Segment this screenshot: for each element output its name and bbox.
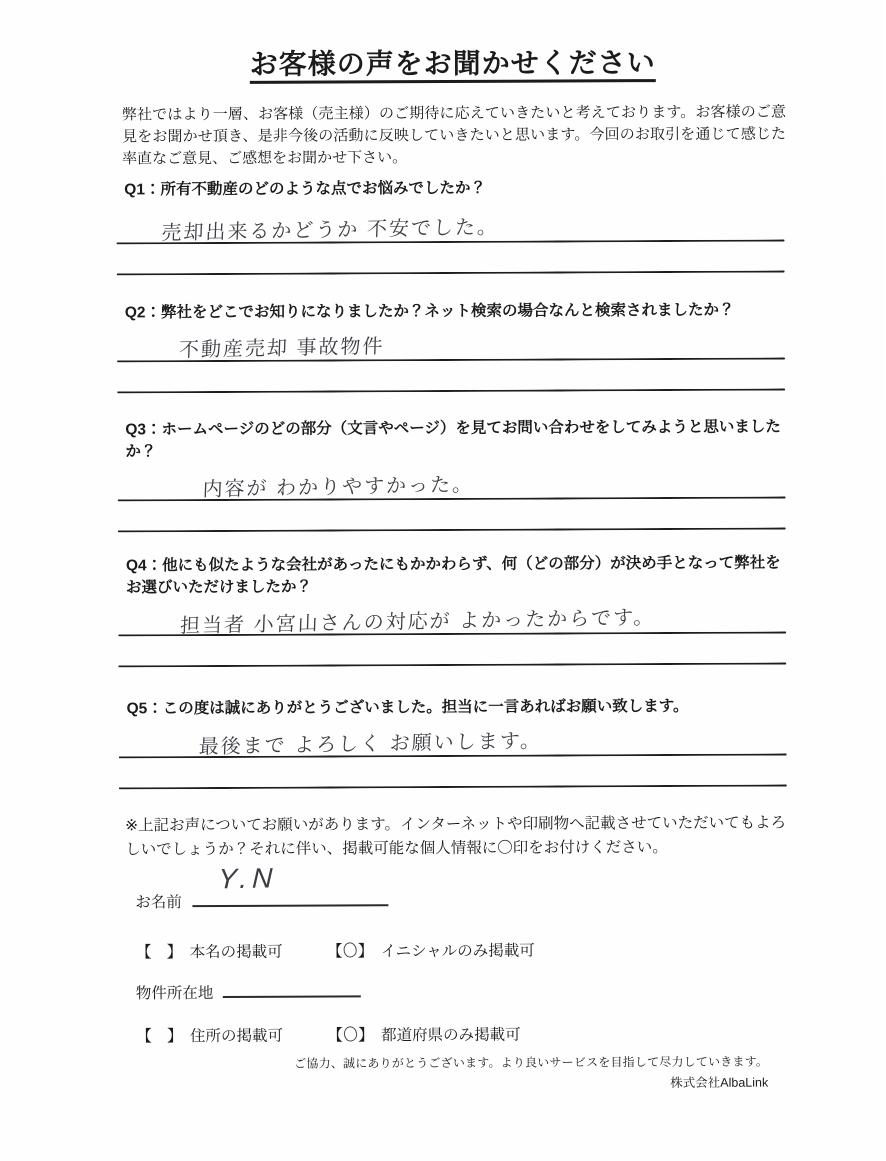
option-label: 住所の掲載可	[190, 1023, 283, 1045]
circle-mark-icon	[152, 942, 167, 960]
name-field-row: お名前Y.N	[135, 888, 388, 912]
circle-mark-icon	[343, 941, 358, 959]
question-block-q2: Q2：弊社をどこでお知りになりましたか？ネット検索の場合なんと検索されましたか？…	[117, 300, 785, 325]
option-label: 都道府県のみ掲載可	[381, 1022, 521, 1045]
handwritten-answer-q3: 内容が わかりやすかった。	[202, 468, 475, 502]
form-title: お客様の声をお聞かせください	[10, 40, 886, 84]
name-publication-options: 【 】 本名の掲載可 【 】 イニシャルのみ掲載可	[136, 938, 535, 963]
answer-line	[117, 271, 785, 276]
name-underline: Y.N	[192, 888, 388, 907]
question-q1-label: Q1：所有不動産のどのような点でお悩みでしたか？	[116, 177, 784, 202]
option-label: イニシャルのみ掲載可	[381, 938, 535, 961]
handwritten-answer-q2: 不動産売却 事故物件	[178, 330, 385, 363]
hand-drawn-circle	[342, 941, 357, 958]
option-prefecture-only-ok: 【 】 都道府県のみ掲載可	[327, 1022, 521, 1046]
answer-line	[118, 528, 786, 533]
name-label: お名前	[135, 894, 182, 911]
property-location-row: 物件所在地	[136, 980, 361, 1003]
property-underline	[222, 981, 360, 998]
footer-company-name: 株式会社AlbaLink	[294, 1073, 768, 1093]
footer: ご協力、誠にありがとうございます。より良いサービスを目指して尽力していきます。 …	[294, 1053, 768, 1093]
bracket-open: 【	[327, 938, 343, 961]
bracket-open: 【	[136, 1023, 152, 1046]
question-block-q1: Q1：所有不動産のどのような点でお悩みでしたか？ 売却出来るかどうか 不安でした…	[116, 177, 784, 202]
bracket-close: 】	[167, 1023, 183, 1046]
intro-paragraph: 弊社ではより一層、お客様（売主様）のご期待に応えていきたいと考えております。お客…	[122, 101, 786, 170]
property-location-label: 物件所在地	[136, 985, 214, 1002]
question-block-q3: Q3：ホームページのどの部分（文言やページ）を見てお問い合わせをしてみようと思い…	[117, 417, 785, 464]
footer-thanks-text: ご協力、誠にありがとうございます。より良いサービスを目指して尽力していきます。	[294, 1053, 768, 1072]
publication-consent-note: ※上記お声についてお願いがあります。インターネットや印刷物へ記載させていただいて…	[125, 811, 789, 862]
option-initials-only-ok: 【 】 イニシャルのみ掲載可	[327, 938, 535, 962]
question-q2-label: Q2：弊社をどこでお知りになりましたか？ネット検索の場合なんと検索されましたか？	[117, 300, 785, 325]
answer-line	[117, 389, 785, 394]
option-label: 本名の掲載可	[190, 939, 283, 961]
circle-mark-icon	[152, 1026, 167, 1044]
address-publication-options: 【 】 住所の掲載可 【 】 都道府県のみ掲載可	[136, 1022, 521, 1047]
hand-drawn-circle	[343, 1025, 358, 1042]
question-block-q5: Q5：この度は誠にありがとうございました。担当に一言あればお願い致します。 最後…	[119, 696, 787, 721]
bracket-close: 】	[358, 938, 374, 961]
question-q4-label: Q4：他にも似たような会社があったにもかかわらず、何（どの部分）が決め手となって…	[118, 553, 786, 600]
option-real-name-ok: 【 】 本名の掲載可	[136, 939, 283, 963]
scanned-survey-sheet: お客様の声をお聞かせください 弊社ではより一層、お客様（売主様）のご期待に応えて…	[0, 0, 886, 1161]
question-q5-label: Q5：この度は誠にありがとうございました。担当に一言あればお願い致します。	[119, 696, 787, 721]
bracket-close: 】	[167, 939, 183, 962]
answer-line	[118, 663, 786, 668]
option-address-ok: 【 】 住所の掲載可	[136, 1023, 283, 1047]
question-block-q4: Q4：他にも似たような会社があったにもかかわらず、何（どの部分）が決め手となって…	[118, 553, 786, 600]
answer-line	[119, 785, 787, 790]
bracket-open: 【	[327, 1022, 343, 1045]
bracket-open: 【	[136, 939, 152, 962]
handwritten-name-initials: Y.N	[217, 862, 277, 895]
bracket-close: 】	[358, 1022, 374, 1045]
question-q3-label: Q3：ホームページのどの部分（文言やページ）を見てお問い合わせをしてみようと思い…	[117, 417, 785, 464]
circle-mark-icon	[343, 1025, 358, 1043]
